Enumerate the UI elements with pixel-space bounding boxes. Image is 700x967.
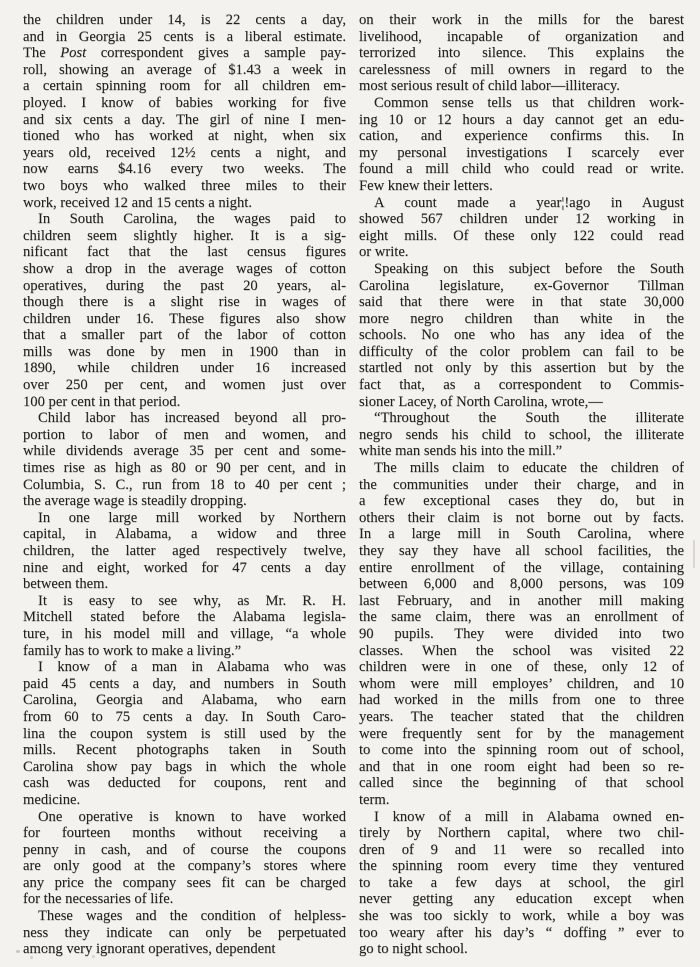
- text-line: nine and eight, worked for 47 cents a da…: [23, 560, 346, 577]
- text-line: In one large mill worked by Northern: [23, 510, 346, 527]
- paragraph: These wages and the condition of helples…: [23, 908, 346, 958]
- paragraph: It is easy to see why, as Mr. R. H.Mitch…: [23, 593, 346, 659]
- text-line: It is easy to see why, as Mr. R. H.: [23, 593, 346, 610]
- text-line: 100 per cent in that period.: [23, 394, 346, 411]
- text-line: fact that, as a correspondent to Commis-: [359, 377, 684, 394]
- right-column: on their work in the mills for the bares…: [359, 12, 684, 958]
- text-line: mills. Recent photographs taken in South: [23, 742, 346, 759]
- paragraph: the children under 14, is 22 cents a day…: [23, 12, 346, 211]
- text-line: The Post correspondent gives a sample pa…: [23, 45, 346, 62]
- text-line: startled not only by this assertion but …: [359, 360, 684, 377]
- text-line: entire enrollment of the village, contai…: [359, 560, 684, 577]
- text-line: Child labor has increased beyond all pro…: [23, 410, 346, 427]
- text-line: and in Georgia 25 cents is a liberal est…: [23, 29, 346, 46]
- text-line: eight mills. Of these only 122 could rea…: [359, 228, 684, 245]
- scan-smudge: [693, 540, 695, 568]
- text-line: “Throughout the South the illiterate: [359, 410, 684, 427]
- text-line: children seem slightly higher. It is a s…: [23, 228, 346, 245]
- text-line: and that in one room eight had been so r…: [359, 759, 684, 776]
- text-line: to take a few days at school, the girl: [359, 875, 684, 892]
- paragraph: Child labor has increased beyond all pro…: [23, 410, 346, 510]
- text-line: tirely by Northern capital, where two ch…: [359, 825, 684, 842]
- text-line: too weary after his day’s “ doffing ” ev…: [359, 925, 684, 942]
- text-line: ployed. I know of babies working for fiv…: [23, 95, 346, 112]
- scan-speck: [30, 956, 33, 959]
- text-line: the children under 14, is 22 cents a day…: [23, 12, 346, 29]
- text-line: between them.: [23, 576, 346, 593]
- text-line: roll, showing an average of $1.43 a week…: [23, 62, 346, 79]
- text-line: These wages and the condition of helples…: [23, 908, 346, 925]
- text-line: ing 10 or 12 hours a day cannot get an e…: [359, 112, 684, 129]
- text-line: a certain spinning room for all children…: [23, 78, 346, 95]
- text-line: 1890, while children under 16 increased: [23, 360, 346, 377]
- text-line: though there is a slight rise in wages o…: [23, 294, 346, 311]
- text-line: had worked in the mills from one to thre…: [359, 692, 684, 709]
- text-line: nificant fact that the last census figur…: [23, 244, 346, 261]
- text-line: she was too sickly to work, while a boy …: [359, 908, 684, 925]
- text-line: Columbia, S. C., run from 18 to 40 per c…: [23, 477, 346, 494]
- text-line: most serious result of child labor—illit…: [359, 78, 684, 95]
- paragraph: One operative is known to have workedfor…: [23, 809, 346, 909]
- text-line: lina the coupon system is still used by …: [23, 726, 346, 743]
- text-line: my personal investigations I scarcely ev…: [359, 145, 684, 162]
- text-line: cation, and experience confirms this. In: [359, 128, 684, 145]
- text-line: white man sends his into the mill.”: [359, 443, 684, 460]
- paragraph: I know of a mill in Alabama owned en-tir…: [359, 809, 684, 958]
- text-line: A count made a year¦!ago in August: [359, 195, 684, 212]
- scan-speck: [16, 950, 20, 953]
- text-line: schools. No one who has any idea of the: [359, 327, 684, 344]
- left-column: the children under 14, is 22 cents a day…: [23, 12, 346, 958]
- text-line: called since the beginning of that schoo…: [359, 775, 684, 792]
- paragraph: I know of a man in Alabama who waspaid 4…: [23, 659, 346, 808]
- text-line: from 60 to 75 cents a day. In South Caro…: [23, 709, 346, 726]
- text-line: show a drop in the average wages of cott…: [23, 261, 346, 278]
- text-line: among very ignorant operatives, dependen…: [23, 941, 346, 958]
- document-page: the children under 14, is 22 cents a day…: [0, 0, 700, 967]
- text-line: between 6,000 and 8,000 persons, was 109: [359, 576, 684, 593]
- text-line: capital, in Alabama, a widow and three: [23, 526, 346, 543]
- text-line: the communities under their charge, and …: [359, 477, 684, 494]
- text-line: work, received 12 and 15 cents a night.: [23, 195, 346, 212]
- text-line: for fourteen months without receiving a: [23, 825, 346, 842]
- text-line: showed 567 children under 12 working in: [359, 211, 684, 228]
- scan-speck: [46, 949, 49, 951]
- text-line: to come into the spinning room out of sc…: [359, 742, 684, 759]
- text-line: classes. When the school was visited 22: [359, 643, 684, 660]
- text-line: difficulty of the color problem can fail…: [359, 344, 684, 361]
- text-line: Carolina legislature, ex-Governor Tillma…: [359, 278, 684, 295]
- text-line: found a mill child who could read or wri…: [359, 161, 684, 178]
- text-line: family has to work to make a living.”: [23, 643, 346, 660]
- text-line: Speaking on this subject before the Sout…: [359, 261, 684, 278]
- text-line: livelihood, incapable of organization an…: [359, 29, 684, 46]
- text-line: they say they have all school facilities…: [359, 543, 684, 560]
- text-line: sioner Lacey, of North Carolina, wrote,—: [359, 394, 684, 411]
- text-line: penny in cash, and of course the coupons: [23, 842, 346, 859]
- text-line: were frequently sent for by the manageme…: [359, 726, 684, 743]
- text-line: I know of a man in Alabama who was: [23, 659, 346, 676]
- text-line: any price the company sees fit can be ch…: [23, 875, 346, 892]
- paragraph: Common sense tells us that children work…: [359, 95, 684, 195]
- text-line: times rise as high as 80 or 90 per cent,…: [23, 460, 346, 477]
- paragraph: on their work in the mills for the bares…: [359, 12, 684, 95]
- text-line: 90 pupils. They were divided into two: [359, 626, 684, 643]
- text-line: ness they indicate can only be perpetuat…: [23, 925, 346, 942]
- text-line: In a large mill in South Carolina, where: [359, 526, 684, 543]
- text-line: Carolina show pay bags in which the whol…: [23, 759, 346, 776]
- paragraph: In one large mill worked by Northerncapi…: [23, 510, 346, 593]
- text-line: Few knew their letters.: [359, 178, 684, 195]
- text-line: I know of a mill in Alabama owned en-: [359, 809, 684, 826]
- text-line: cash was deducted for coupons, rent and: [23, 775, 346, 792]
- text-line: the same claim, there was an enrollment …: [359, 609, 684, 626]
- text-line: Carolina, Georgia and Alabama, who earn: [23, 692, 346, 709]
- text-line: more negro children than white in the: [359, 311, 684, 328]
- text-line: last February, and in another mill makin…: [359, 593, 684, 610]
- text-line: mills was done by men in 1900 than in: [23, 344, 346, 361]
- text-line: never getting any education except when: [359, 891, 684, 908]
- text-line: that a smaller part of the labor of cott…: [23, 327, 346, 344]
- paragraph: Speaking on this subject before the Sout…: [359, 261, 684, 410]
- text-line: children under 16. These figures also sh…: [23, 311, 346, 328]
- text-line: The mills claim to educate the children …: [359, 460, 684, 477]
- text-line: negro sends his child to school, the ill…: [359, 427, 684, 444]
- text-line: paid 45 cents a day, and numbers in Sout…: [23, 676, 346, 693]
- text-line: are only good at the company’s stores wh…: [23, 858, 346, 875]
- text-line: term.: [359, 792, 684, 809]
- text-line: In South Carolina, the wages paid to: [23, 211, 346, 228]
- text-line: the spinning room every time they ventur…: [359, 858, 684, 875]
- text-line: children were in one of these, only 12 o…: [359, 659, 684, 676]
- text-line: operatives, during the past 20 years, al…: [23, 278, 346, 295]
- text-line: a few exceptional cases they do, but in: [359, 493, 684, 510]
- text-line: on their work in the mills for the bares…: [359, 12, 684, 29]
- text-line: Mitchell stated before the Alabama legis…: [23, 609, 346, 626]
- text-line: the average wage is steadily dropping.: [23, 493, 346, 510]
- text-line: terrorized into silence. This explains t…: [359, 45, 684, 62]
- text-line: children, the latter aged respectively t…: [23, 543, 346, 560]
- paragraph: A count made a year¦!ago in Augustshowed…: [359, 195, 684, 261]
- text-line: years. The teacher stated that the child…: [359, 709, 684, 726]
- paragraph: In South Carolina, the wages paid tochil…: [23, 211, 346, 410]
- text-line: ture, in his model mill and village, “a …: [23, 626, 346, 643]
- text-line: said that there were in that state 30,00…: [359, 294, 684, 311]
- text-line: over 250 per cent, and women just over: [23, 377, 346, 394]
- text-line: medicine.: [23, 792, 346, 809]
- scan-speck: [92, 955, 95, 958]
- text-line: whom were mill employes’ children, and 1…: [359, 676, 684, 693]
- text-line: or write.: [359, 244, 684, 261]
- text-line: Common sense tells us that children work…: [359, 95, 684, 112]
- text-line: go to night school.: [359, 941, 684, 958]
- text-line: tioned who has worked at night, when six: [23, 128, 346, 145]
- text-line: others their claim is not borne out by f…: [359, 510, 684, 527]
- paragraph: The mills claim to educate the children …: [359, 460, 684, 808]
- paragraph: “Throughout the South the illiteratenegr…: [359, 410, 684, 460]
- text-line: carelessness of mill owners in regard to…: [359, 62, 684, 79]
- text-line: two boys who walked three miles to their: [23, 178, 346, 195]
- text-line: for the necessaries of life.: [23, 891, 346, 908]
- text-line: now earns $4.16 every two weeks. The: [23, 161, 346, 178]
- text-line: One operative is known to have worked: [23, 809, 346, 826]
- text-line: while dividends average 35 per cent and …: [23, 443, 346, 460]
- text-line: and six cents a day. The girl of nine I …: [23, 112, 346, 129]
- text-line: dren of 9 and 11 were so recalled into: [359, 842, 684, 859]
- text-line: years old, received 12½ cents a night, a…: [23, 145, 346, 162]
- text-line: portion to labor of men and women, and: [23, 427, 346, 444]
